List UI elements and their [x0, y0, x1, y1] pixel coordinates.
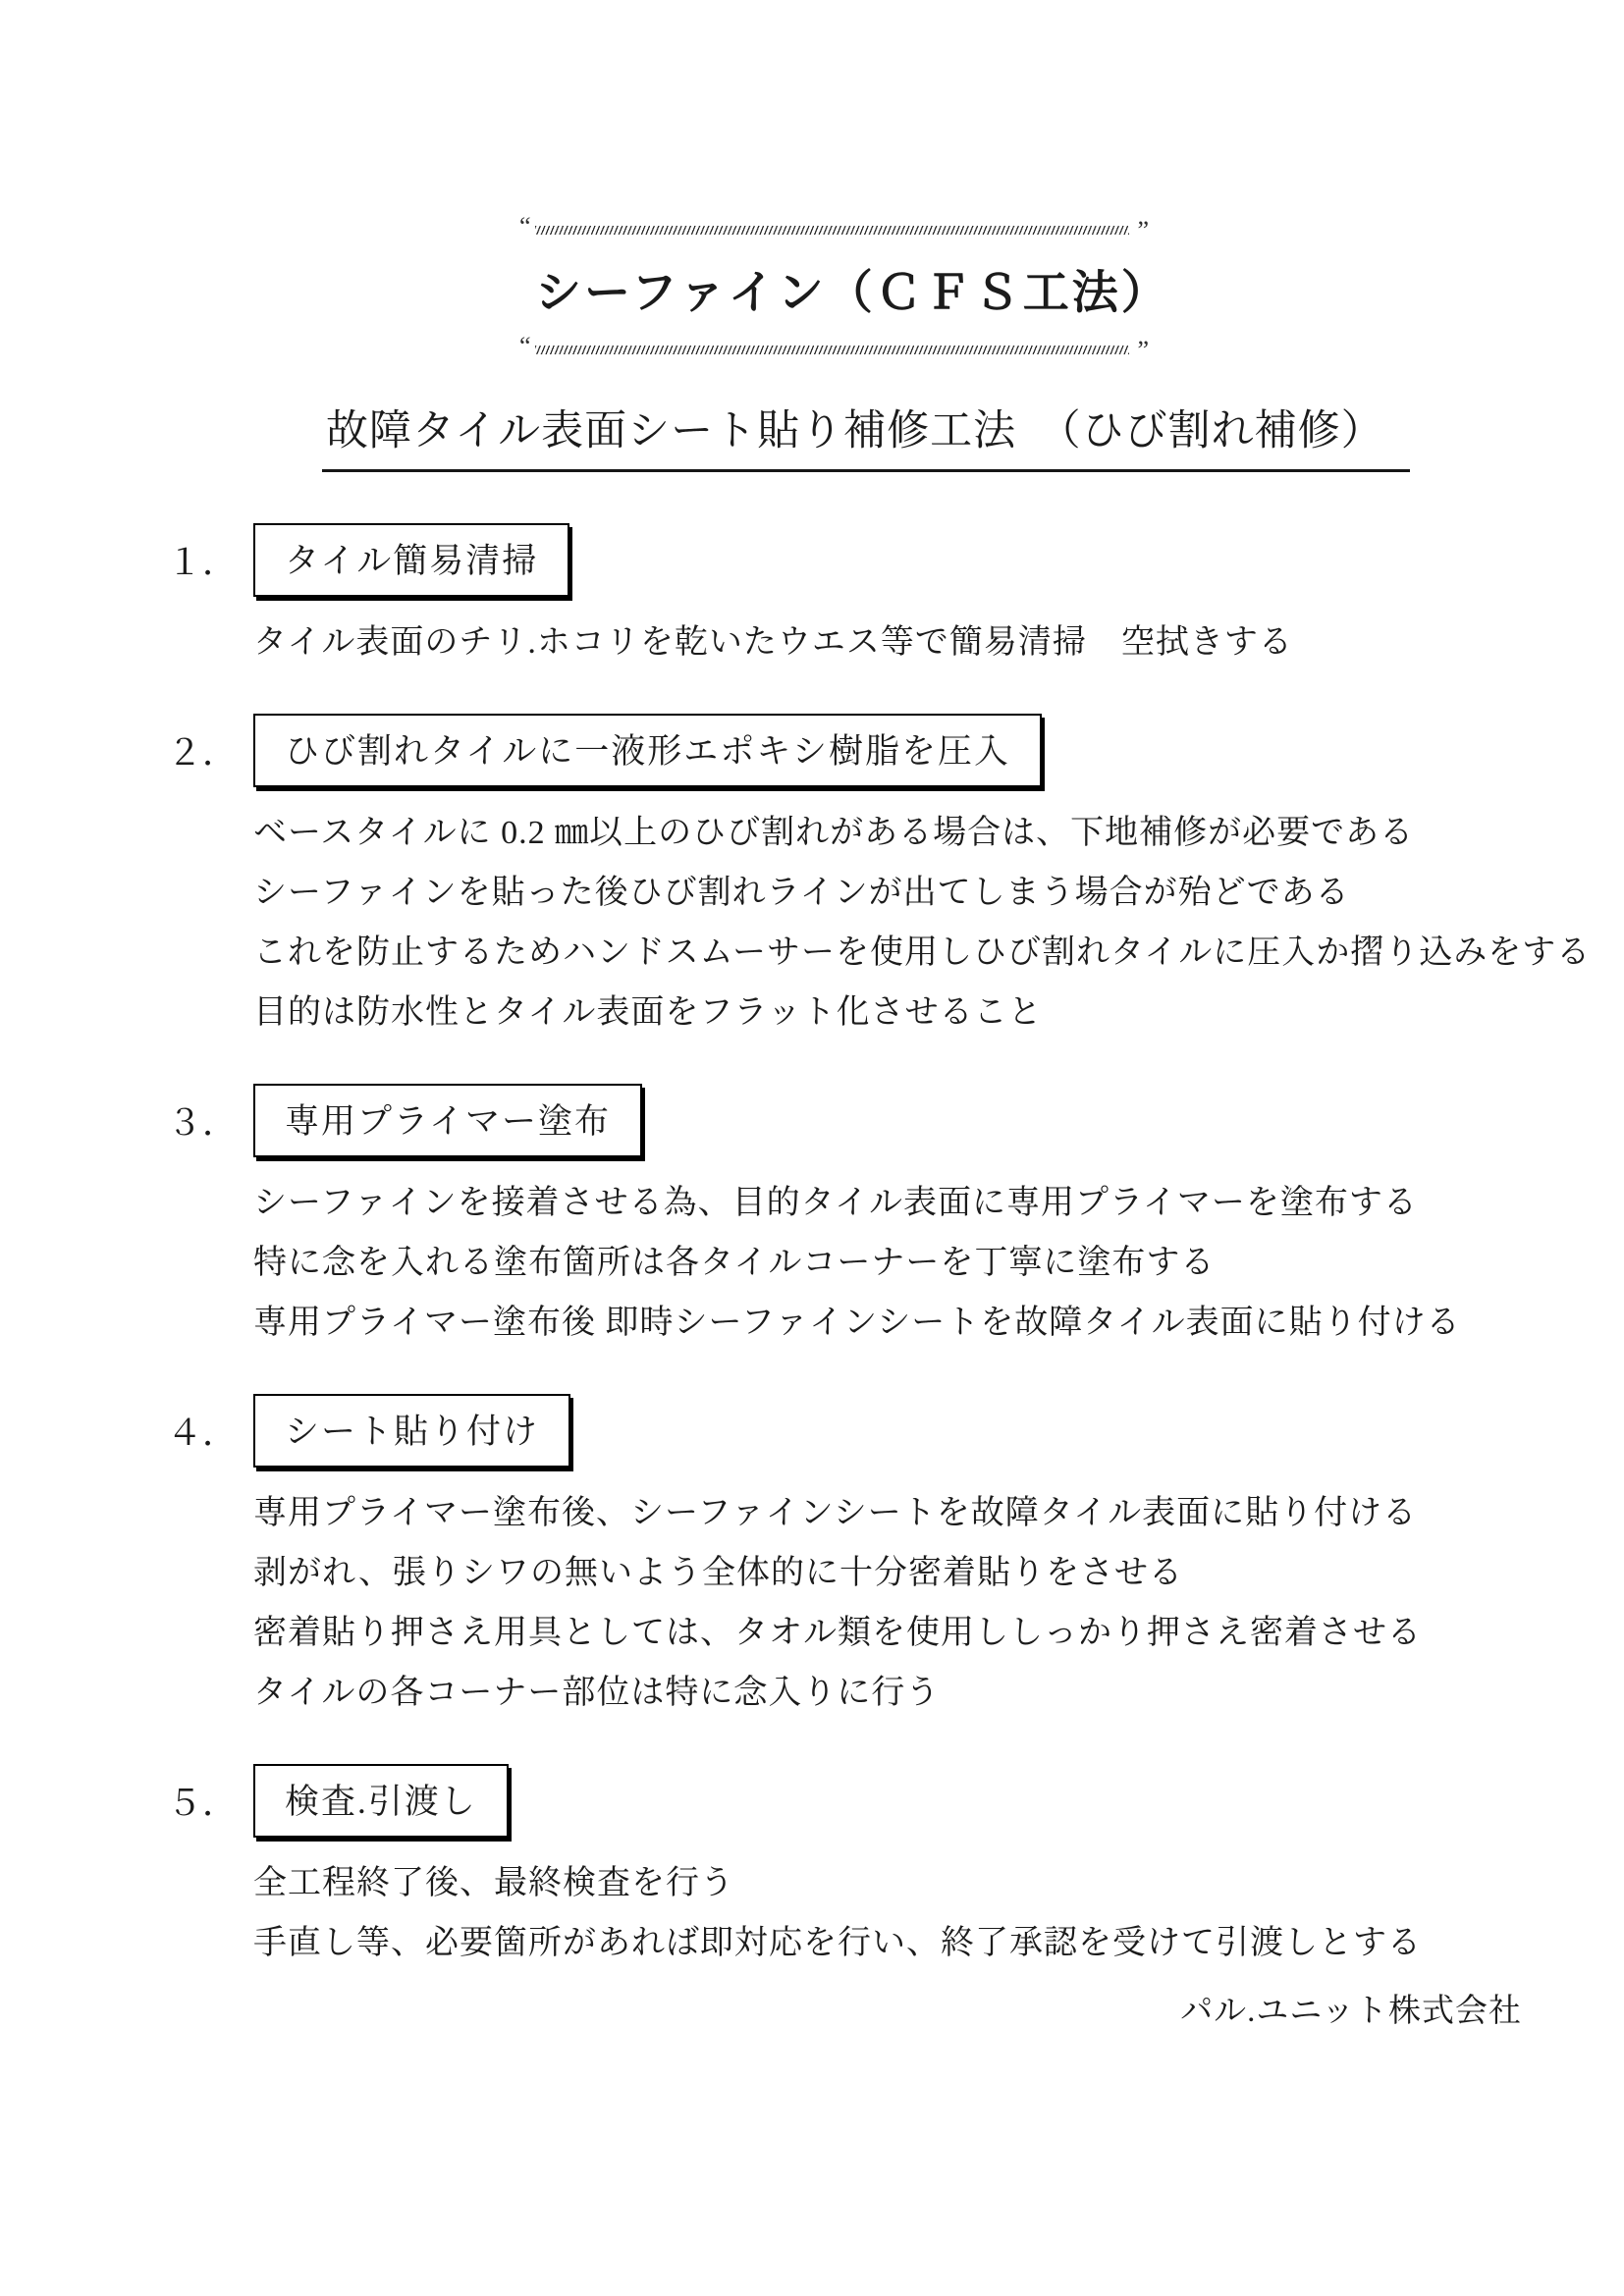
- body-line: 密着貼り押さえ用具としては、タオル類を使用ししっかり押さえ密着させる: [253, 1603, 1624, 1663]
- page-title: シーファイン（ＣＦＳ工法）: [535, 256, 1129, 322]
- body-line: 目的は防水性とタイル表面をフラット化させること: [253, 983, 1624, 1042]
- section-number: ４．: [167, 1406, 253, 1456]
- body-line: 専用プライマー塗布後 即時シーファインシートを故障タイル表面に貼り付ける: [253, 1293, 1624, 1353]
- title-block: シーファイン（ＣＦＳ工法）: [535, 226, 1129, 354]
- section-heading-box: シート貼り付け: [253, 1394, 570, 1468]
- section-number: ５．: [167, 1776, 253, 1826]
- section-heading-box: タイル簡易清掃: [253, 523, 569, 597]
- section-body: シーファインを接着させる為、目的タイル表面に専用プライマーを塗布する特に念を入れ…: [253, 1173, 1624, 1353]
- section-heading-box: 専用プライマー塗布: [253, 1084, 642, 1157]
- section-header: ５． 検査.引渡し: [167, 1764, 1624, 1838]
- decorative-hatched-rule-top: [535, 226, 1129, 235]
- body-line: シーファインを貼った後ひび割れラインが出てしまう場合が殆どである: [253, 863, 1624, 923]
- section-number: １．: [167, 535, 253, 585]
- body-line: 専用プライマー塗布後、シーファインシートを故障タイル表面に貼り付ける: [253, 1483, 1624, 1543]
- body-line: シーファインを接着させる為、目的タイル表面に専用プライマーを塗布する: [253, 1173, 1624, 1233]
- procedure-section: ４． シート貼り付け 専用プライマー塗布後、シーファインシートを故障タイル表面に…: [0, 1394, 1624, 1723]
- procedure-section: ５． 検査.引渡し 全工程終了後、最終検査を行う手直し等、必要箇所があれば即対応…: [0, 1764, 1624, 1973]
- section-heading-box: ひび割れタイルに一液形エポキシ樹脂を圧入: [253, 714, 1042, 787]
- procedure-section: ３． 専用プライマー塗布 シーファインを接着させる為、目的タイル表面に専用プライ…: [0, 1084, 1624, 1353]
- section-body: ベースタイルに 0.2 ㎜以上のひび割れがある場合は、下地補修が必要であるシーフ…: [253, 803, 1624, 1042]
- decorative-hatched-rule-bottom: [535, 346, 1129, 354]
- section-header: ４． シート貼り付け: [167, 1394, 1624, 1468]
- section-list: １． タイル簡易清掃 タイル表面のチリ.ホコリを乾いたウエス等で簡易清掃 空拭き…: [0, 523, 1624, 2014]
- page-subtitle: 故障タイル表面シート貼り補修工法 （ひび割れ補修）: [322, 398, 1410, 472]
- section-header: ２． ひび割れタイルに一液形エポキシ樹脂を圧入: [167, 714, 1624, 787]
- body-line: 手直し等、必要箇所があれば即対応を行い、終了承認を受けて引渡しとする: [253, 1913, 1624, 1973]
- section-heading-box: 検査.引渡し: [253, 1764, 509, 1838]
- procedure-section: ２． ひび割れタイルに一液形エポキシ樹脂を圧入 ベースタイルに 0.2 ㎜以上の…: [0, 714, 1624, 1042]
- body-line: タイル表面のチリ.ホコリを乾いたウエス等で簡易清掃 空拭きする: [253, 613, 1624, 672]
- document-page: シーファイン（ＣＦＳ工法） 故障タイル表面シート貼り補修工法 （ひび割れ補修） …: [0, 0, 1624, 2296]
- procedure-section: １． タイル簡易清掃 タイル表面のチリ.ホコリを乾いたウエス等で簡易清掃 空拭き…: [0, 523, 1624, 672]
- section-number: ２．: [167, 725, 253, 775]
- body-line: 剥がれ、張りシワの無いよう全体的に十分密着貼りをさせる: [253, 1543, 1624, 1603]
- body-line: ベースタイルに 0.2 ㎜以上のひび割れがある場合は、下地補修が必要である: [253, 803, 1624, 863]
- body-line: 特に念を入れる塗布箇所は各タイルコーナーを丁寧に塗布する: [253, 1233, 1624, 1293]
- body-line: タイルの各コーナー部位は特に念入りに行う: [253, 1663, 1624, 1723]
- section-number: ３．: [167, 1095, 253, 1146]
- body-line: 全工程終了後、最終検査を行う: [253, 1853, 1624, 1913]
- section-header: ３． 専用プライマー塗布: [167, 1084, 1624, 1157]
- section-body: タイル表面のチリ.ホコリを乾いたウエス等で簡易清掃 空拭きする: [253, 613, 1624, 672]
- section-body: 全工程終了後、最終検査を行う手直し等、必要箇所があれば即対応を行い、終了承認を受…: [253, 1853, 1624, 1973]
- body-line: これを防止するためハンドスムーサーを使用しひび割れタイルに圧入か摺り込みをする: [253, 923, 1624, 983]
- section-body: 専用プライマー塗布後、シーファインシートを故障タイル表面に貼り付ける剥がれ、張り…: [253, 1483, 1624, 1723]
- company-name: パル.ユニット株式会社: [1180, 1985, 1522, 2031]
- section-header: １． タイル簡易清掃: [167, 523, 1624, 597]
